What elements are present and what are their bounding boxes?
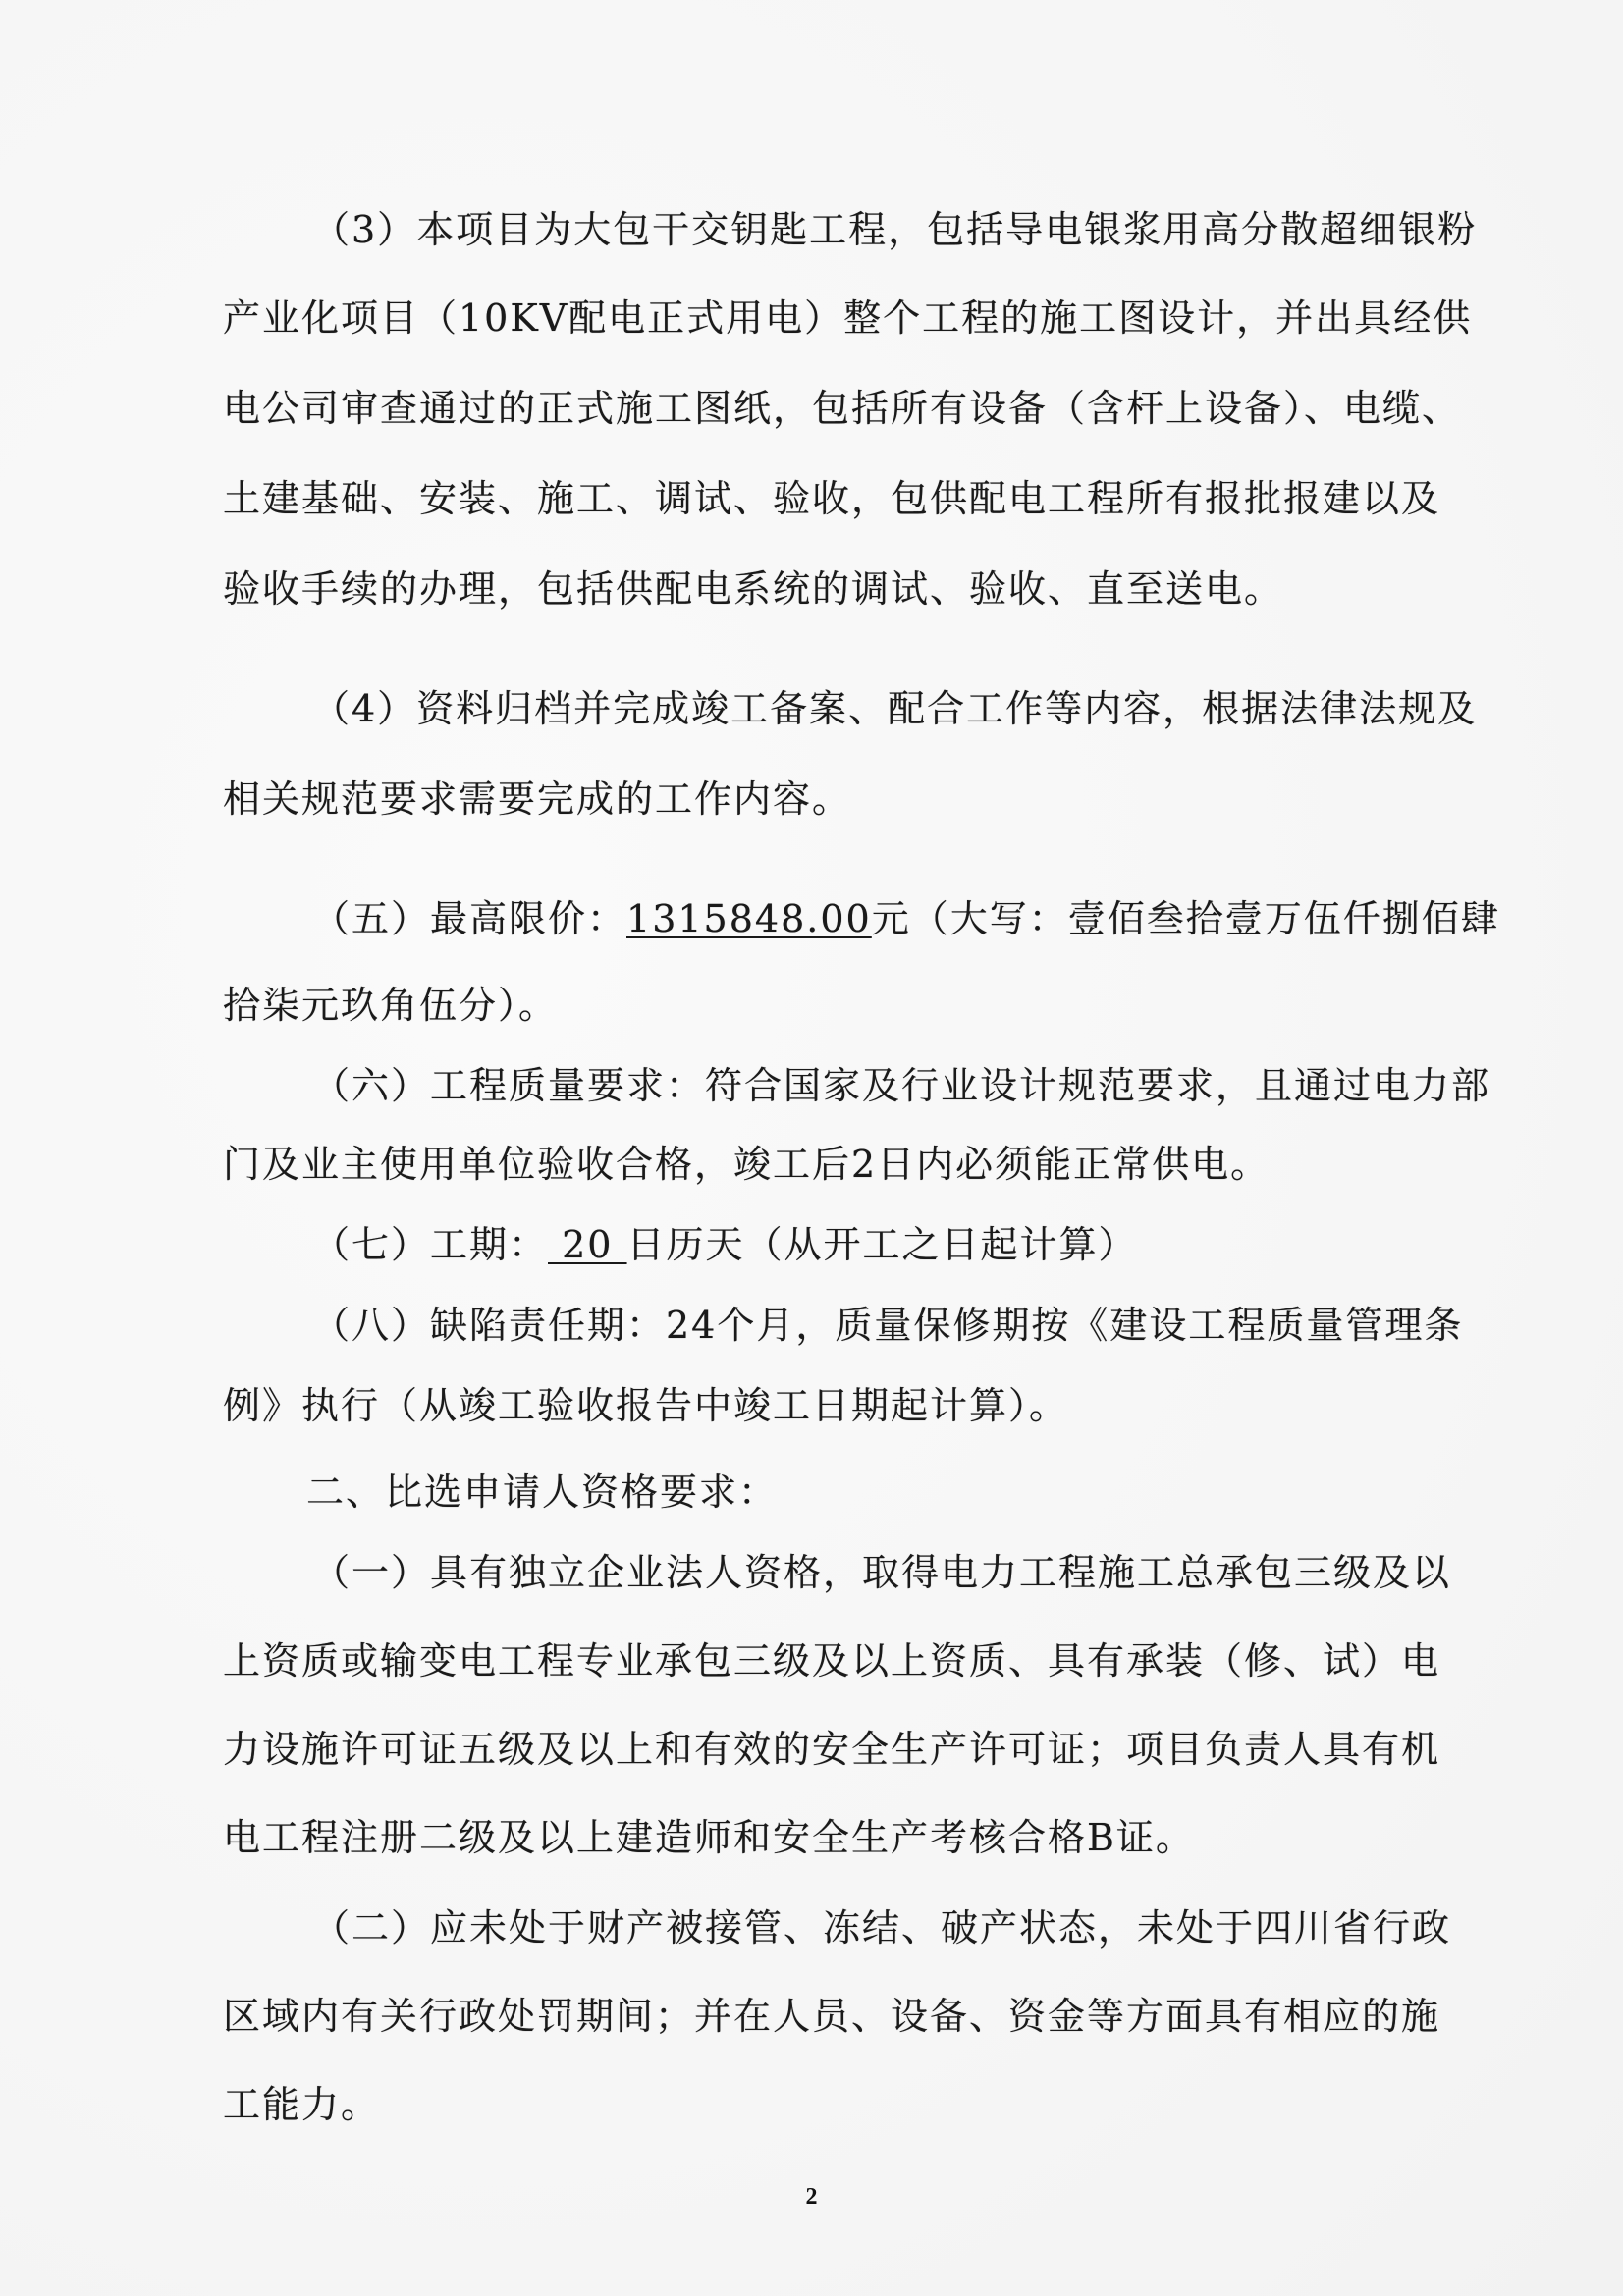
duration-days: 20 [548, 1223, 627, 1266]
duration-unit: 日历天（从开工之日起计算） [627, 1223, 1138, 1266]
paragraph-item-3-line-2: 产业化项目（10KV配电正式用电）整个工程的施工图设计，并出具经供 [223, 294, 1440, 342]
max-price-line-1: （五）最高限价：1315848.00元（大写：壹佰叁拾壹万伍仟捌佰肆 [312, 895, 1441, 942]
paragraph-item-3-line-5: 验收手续的办理，包括供配电系统的调试、验收、直至送电。 [223, 565, 1440, 613]
requirement-1-line-3: 力设施许可证五级及以上和有效的安全生产许可证；项目负责人具有机 [223, 1726, 1440, 1773]
requirement-1-line-4: 电工程注册二级及以上建造师和安全生产考核合格B证。 [223, 1814, 1440, 1861]
max-price-amount: 1315848.00 [626, 897, 872, 940]
requirement-2-line-3: 工能力。 [223, 2081, 1440, 2128]
requirement-2-line-2: 区域内有关行政处罚期间；并在人员、设备、资金等方面具有相应的施 [223, 1993, 1440, 2040]
section-heading-qualifications: 二、比选申请人资格要求： [306, 1468, 1524, 1516]
paragraph-item-3-line-4: 土建基础、安装、施工、调试、验收，包供配电工程所有报批报建以及 [223, 475, 1440, 522]
defects-line-1: （八）缺陷责任期：24个月，质量保修期按《建设工程质量管理条 [312, 1302, 1441, 1349]
requirement-1-line-1: （一）具有独立企业法人资格，取得电力工程施工总承包三级及以 [312, 1549, 1441, 1596]
requirement-2-line-1: （二）应未处于财产被接管、冻结、破产状态，未处于四川省行政 [312, 1904, 1441, 1951]
quality-line-2: 门及业主使用单位验收合格，竣工后2日内必须能正常供电。 [223, 1141, 1440, 1188]
requirement-1-line-2: 上资质或输变电工程专业承包三级及以上资质、具有承装（修、试）电 [223, 1637, 1440, 1684]
page-number: 2 [0, 2184, 1623, 2211]
duration-label: （七）工期： [312, 1223, 548, 1266]
paragraph-item-3-line-3: 电公司审查通过的正式施工图纸，包括所有设备（含杆上设备）、电缆、 [223, 385, 1440, 432]
paragraph-item-4-line-2: 相关规范要求需要完成的工作内容。 [223, 775, 1440, 823]
paragraph-item-3-line-1: （3）本项目为大包干交钥匙工程，包括导电银浆用高分散超细银粉 [312, 206, 1441, 253]
quality-line-1: （六）工程质量要求：符合国家及行业设计规范要求，且通过电力部 [312, 1062, 1441, 1109]
document-page: （3）本项目为大包干交钥匙工程，包括导电银浆用高分散超细银粉 产业化项目（10K… [0, 0, 1623, 2296]
max-price-words: 元（大写：壹佰叁拾壹万伍仟捌佰肆 [872, 897, 1500, 940]
defects-line-2: 例》执行（从竣工验收报告中竣工日期起计算）。 [223, 1382, 1440, 1429]
paragraph-item-4-line-1: （4）资料归档并完成竣工备案、配合工作等内容，根据法律法规及 [312, 685, 1441, 732]
max-price-line-2: 拾柒元玖角伍分）。 [223, 982, 1440, 1029]
duration-line: （七）工期： 20 日历天（从开工之日起计算） [312, 1221, 1441, 1268]
max-price-label: （五）最高限价： [312, 897, 626, 940]
